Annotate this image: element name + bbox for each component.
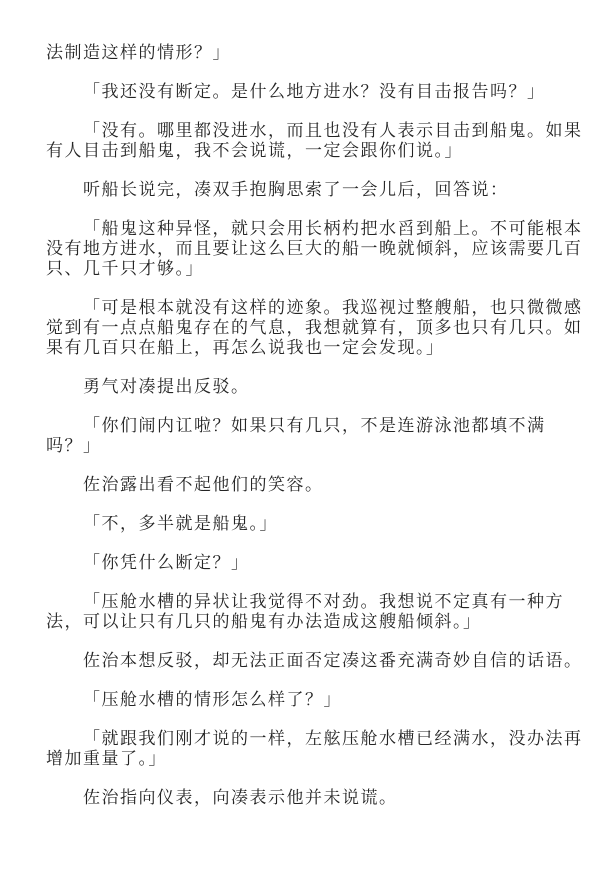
paragraph: 佐治指向仪表，向凑表示他并未说谎。 [46, 788, 588, 808]
paragraph: 「压舱水槽的情形怎么样了？」 [46, 690, 588, 710]
paragraph: 佐治本想反驳，却无法正面否定凑这番充满奇妙自信的话语。 [46, 651, 588, 671]
paragraph: 「可是根本就没有这样的迹象。我巡视过整艘船，也只微微感觉到有一点点船鬼存在的气息… [46, 298, 588, 358]
paragraph: 听船长说完，凑双手抱胸思索了一会儿后，回答说： [46, 180, 588, 200]
ebook-page: 法制造这样的情形？」「我还没有断定。是什么地方进水？没有目击报告吗？」「没有。哪… [0, 0, 613, 869]
paragraph: 「我还没有断定。是什么地方进水？没有目击报告吗？」 [46, 82, 588, 102]
paragraph: 佐治露出看不起他们的笑容。 [46, 475, 588, 495]
paragraph: 「你们闹内讧啦？如果只有几只，不是连游泳池都填不满吗？」 [46, 416, 588, 456]
paragraph: 「就跟我们刚才说的一样，左舷压舱水槽已经满水，没办法再增加重量了。」 [46, 729, 588, 769]
paragraph: 「不，多半就是船鬼。」 [46, 514, 588, 534]
paragraph: 「船鬼这种异怪，就只会用长柄杓把水舀到船上。不可能根本没有地方进水，而且要让这么… [46, 219, 588, 279]
paragraph: 「压舱水槽的异状让我觉得不对劲。我想说不定真有一种方法，可以让只有几只的船鬼有办… [46, 592, 588, 632]
paragraph: 「你凭什么断定？」 [46, 553, 588, 573]
paragraph: 法制造这样的情形？」 [46, 43, 588, 63]
paragraph: 勇气对凑提出反驳。 [46, 377, 588, 397]
novel-text-block: 法制造这样的情形？」「我还没有断定。是什么地方进水？没有目击报告吗？」「没有。哪… [46, 43, 588, 808]
paragraph: 「没有。哪里都没进水，而且也没有人表示目击到船鬼。如果有人目击到船鬼，我不会说谎… [46, 121, 588, 161]
